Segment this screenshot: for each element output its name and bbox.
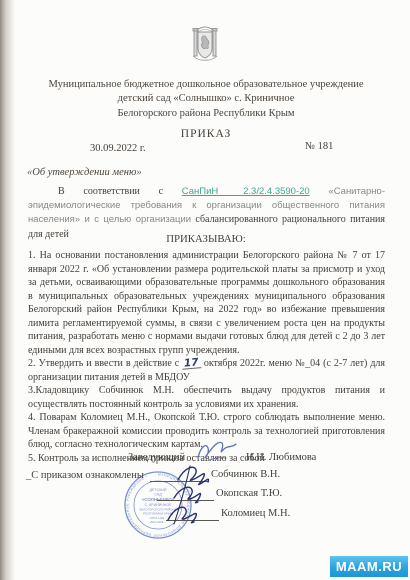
handwritten-signatures	[140, 436, 270, 536]
order-item-1: 1. На основании постановления администра…	[28, 249, 385, 357]
org-name-line3: Белогорского района Республики Крым	[20, 107, 392, 121]
org-name-line1: Муниципальное бюджетное дошкольное образ…	[20, 78, 392, 92]
doc-subject: «Об утверждении меню»	[27, 167, 142, 178]
directive-heading: ПРИКАЗЫВАЮ:	[0, 233, 410, 245]
order-items: 1. На основании постановления администра…	[28, 249, 385, 465]
preamble-before-link: В соответствии с	[58, 186, 163, 197]
handwritten-date: 17	[182, 358, 201, 370]
maam-ru-badge[interactable]: MAAM.RU	[330, 556, 408, 577]
acknowledgement-label: _С приказом ознакомлены	[26, 470, 144, 481]
order-item-2-text: 2. Утвердить и ввести в действие с	[28, 358, 179, 369]
scanned-order-document: Муниципальное бюджетное дошкольное образ…	[0, 0, 410, 580]
doc-number: № 181	[305, 141, 333, 152]
order-item-3: 3.Кладовщику Собчинюк М.Н. обеспечить вы…	[28, 384, 385, 411]
scan-edge-artifact	[0, 0, 16, 580]
maam-ru-label: MAAM.RU	[336, 559, 402, 574]
org-header: Муниципальное бюджетное дошкольное образ…	[20, 78, 392, 121]
doc-date: 30.09.2022 г.	[90, 143, 146, 154]
crimea-coat-of-arms-icon	[191, 26, 219, 69]
org-name-line2: детский сад «Солнышко» с. Криничное	[20, 92, 392, 106]
doc-type-title: ПРИКАЗ	[0, 128, 410, 140]
sanpin-link[interactable]: СанПиН 2.3/2.4.3590-20	[182, 186, 310, 197]
order-item-2: 2. Утвердить и ввести в действие с 17 ок…	[28, 357, 385, 384]
